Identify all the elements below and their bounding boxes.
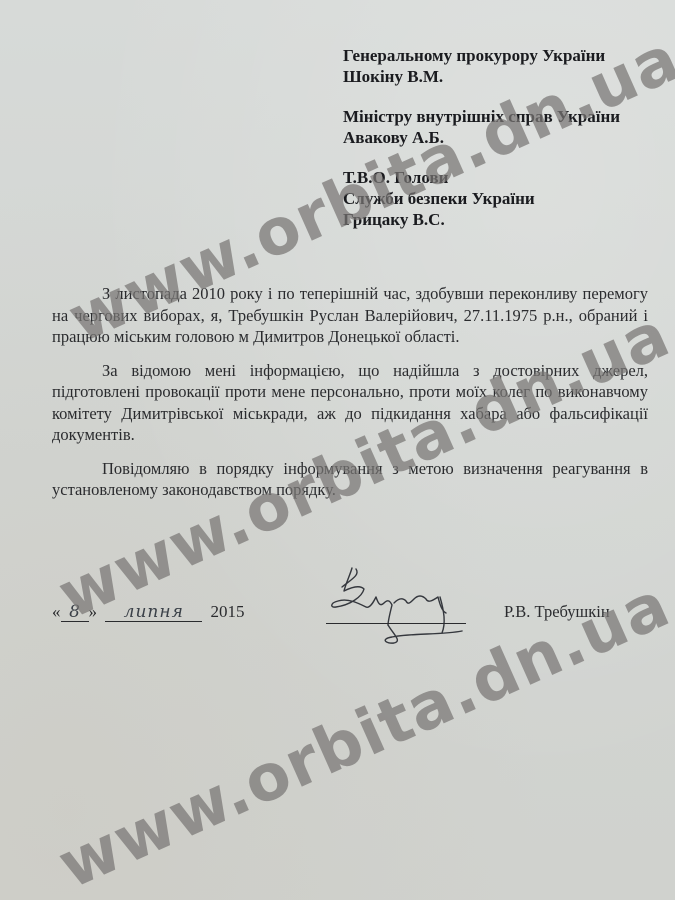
addressee-title: Міністру внутрішніх справ України — [343, 106, 673, 127]
date-month-handwritten: липня — [105, 603, 202, 622]
signer-name: Р.В. Требушкін — [504, 602, 610, 622]
addressee-name: Шокіну В.М. — [343, 66, 673, 87]
signature-icon — [322, 565, 472, 645]
date-open-quote: « — [52, 602, 61, 621]
body-paragraph: З листопада 2010 року і по теперішній ча… — [52, 283, 648, 348]
addressee-title: Генеральному прокурору України — [343, 45, 673, 66]
date-day-handwritten: 8 — [61, 603, 89, 622]
addressee-interior-minister: Міністру внутрішніх справ України Аваков… — [343, 106, 673, 148]
date-year: 2015 — [211, 602, 245, 621]
addressee-block: Генеральному прокурору України Шокіну В.… — [343, 45, 673, 230]
date-close-quote: » — [89, 602, 98, 621]
body-paragraph: Повідомляю в порядку інформування з мето… — [52, 458, 648, 501]
letter-date: «8» липня 2015 — [52, 602, 245, 622]
addressee-title: Служби безпеки України — [343, 188, 673, 209]
addressee-name: Авакову А.Б. — [343, 127, 673, 148]
signature-line — [326, 623, 466, 624]
addressee-prosecutor-general: Генеральному прокурору України Шокіну В.… — [343, 45, 673, 87]
body-paragraph: За відомою мені інформацією, що надійшла… — [52, 360, 648, 446]
addressee-name: Грицаку В.С. — [343, 209, 673, 230]
document-page: Генеральному прокурору України Шокіну В.… — [0, 0, 675, 900]
addressee-title: Т.В.О. Голови — [343, 167, 673, 188]
letter-body: З листопада 2010 року і по теперішній ча… — [52, 283, 648, 501]
addressee-security-service-head: Т.В.О. Голови Служби безпеки України Гри… — [343, 167, 673, 230]
